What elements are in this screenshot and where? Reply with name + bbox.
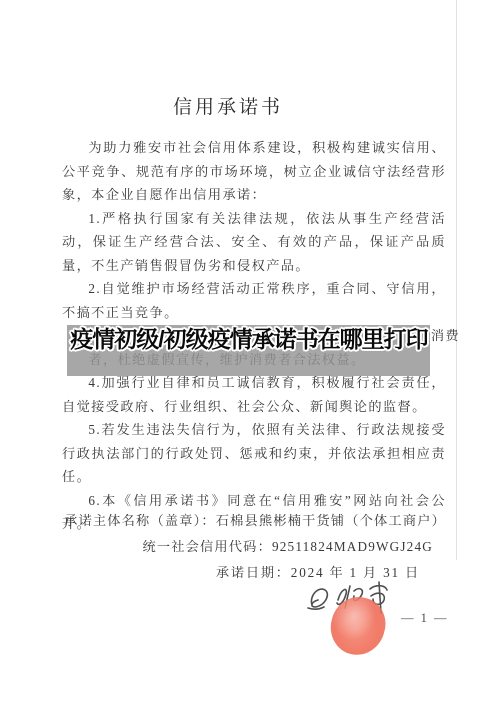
commitment-item-2: 2.自觉维护市场经营活动正常秩序，重合同、守信用，不搞不正当竞争。 — [62, 277, 446, 324]
subject-name-line: 承诺主体名称（盖章）：石棉县熊彬楠干货铺（个体工商户） — [62, 508, 448, 534]
page-number: — 1 — — [401, 611, 449, 626]
signature-block: 承诺主体名称（盖章）：石棉县熊彬楠干货铺（个体工商户） 统一社会信用代码：925… — [62, 508, 448, 586]
intro-paragraph: 为助力雅安市社会信用体系建设，积极构建诚实信用、公平竞争、规范有序的市场环境，树… — [62, 136, 446, 207]
document-title: 信用承诺书 — [0, 92, 456, 119]
commitment-item-5: 5.若发生违法失信行为，依照有关法律、行政法规接受行政执法部门的行政处罚、惩戒和… — [62, 418, 446, 489]
page-edge-line — [456, 0, 457, 560]
scanned-document-page: 信用承诺书 为助力雅安市社会信用体系建设，积极构建诚实信用、公平竞争、规范有序的… — [0, 0, 500, 706]
commitment-item-4: 4.加强行业自律和员工诚信教育，积极履行社会责任，自觉接受政府、行业组织、社会公… — [62, 371, 446, 418]
credit-code-line: 统一社会信用代码：92511824MAD9WGJ24G — [62, 534, 448, 560]
commitment-item-1: 1.严格执行国家有关法律法规，依法从事生产经营活动，保证生产经营合法、安全、有效… — [62, 207, 446, 278]
headline-overlay-text: 疫情初级/初级疫情承诺书在哪里打印 — [69, 326, 429, 353]
